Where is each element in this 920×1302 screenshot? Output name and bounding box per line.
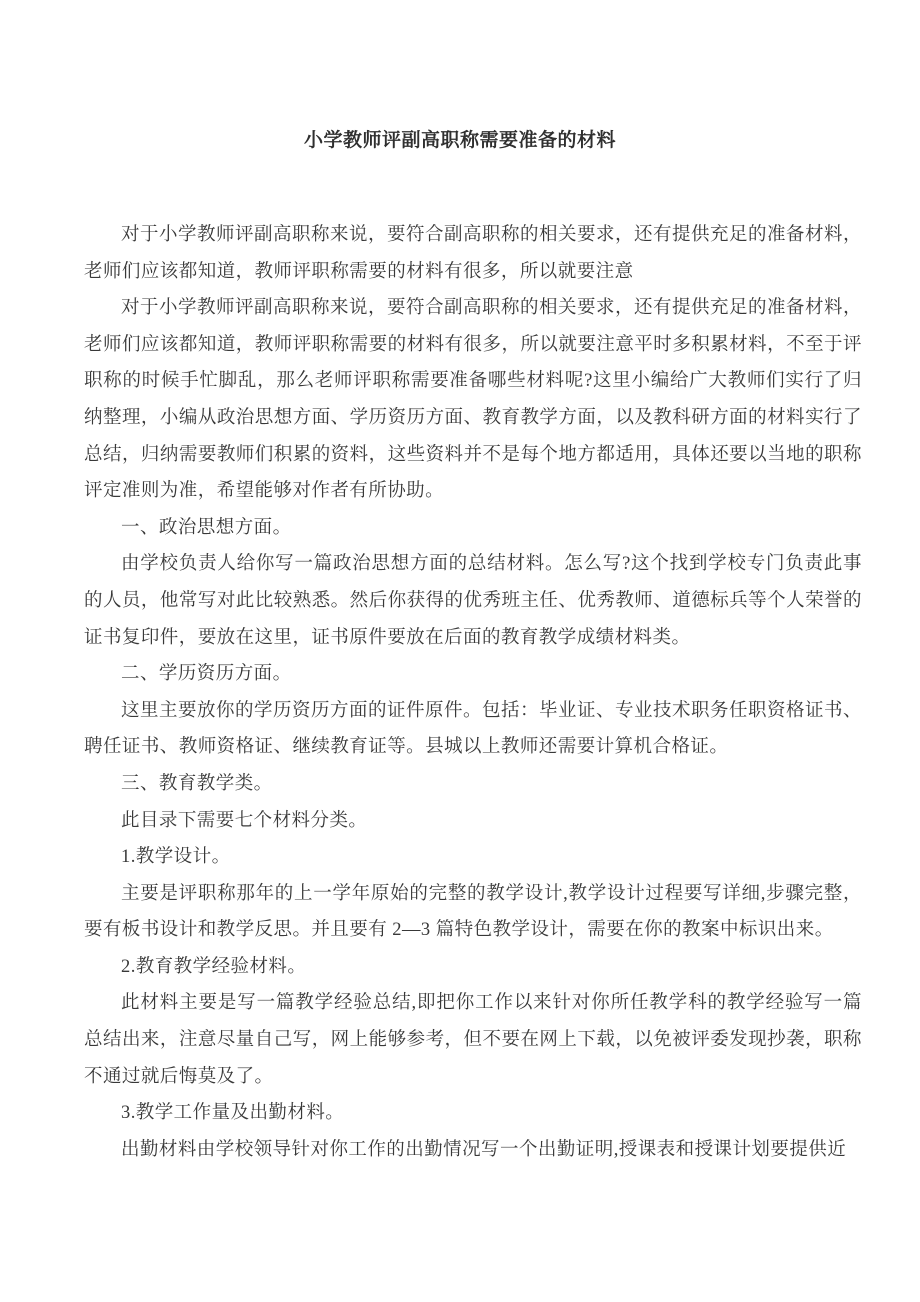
item-2-body: 此材料主要是写一篇教学经验总结,即把你工作以来针对你所任教学科的教学经验写一篇总… [84,985,862,1095]
document-page: 小 小学教师评副高职称需要准备的材料 对于小学教师评副高职称来说，要符合副高职称… [0,0,920,1302]
section-2-heading: 二、学历资历方面。 [84,656,862,693]
item-3-heading: 3.教学工作量及出勤材料。 [84,1095,862,1132]
page-title: 小学教师评副高职称需要准备的材料 [0,129,920,153]
section-1-body: 由学校负责人给你写一篇政治思想方面的总结材料。怎么写?这个找到学校专门负责此事的… [84,546,862,656]
item-1-body: 主要是评职称那年的上一学年原始的完整的教学设计,教学设计过程要写详细,步骤完整，… [84,876,862,949]
intro-excerpt-paragraph: 对于小学教师评副高职称来说，要符合副高职称的相关要求，还有提供充足的准备材料，老… [84,217,862,290]
item-1-heading: 1.教学设计。 [84,839,862,876]
intro-full-paragraph: 对于小学教师评副高职称来说，要符合副高职称的相关要求，还有提供充足的准备材料，老… [84,290,862,510]
section-2-body: 这里主要放你的学历资历方面的证件原件。包括：毕业证、专业技术职务任职资格证书、聘… [84,693,862,766]
section-3-intro: 此目录下需要七个材料分类。 [84,803,862,840]
section-3-heading: 三、教育教学类。 [84,766,862,803]
item-2-heading: 2.教育教学经验材料。 [84,949,862,986]
item-3-body: 出勤材料由学校领导针对你工作的出勤情况写一个出勤证明,授课表和授课计划要提供近 [84,1132,862,1169]
document-body: 对于小学教师评副高职称来说，要符合副高职称的相关要求，还有提供充足的准备材料，老… [84,217,862,1168]
section-1-heading: 一、政治思想方面。 [84,510,862,547]
